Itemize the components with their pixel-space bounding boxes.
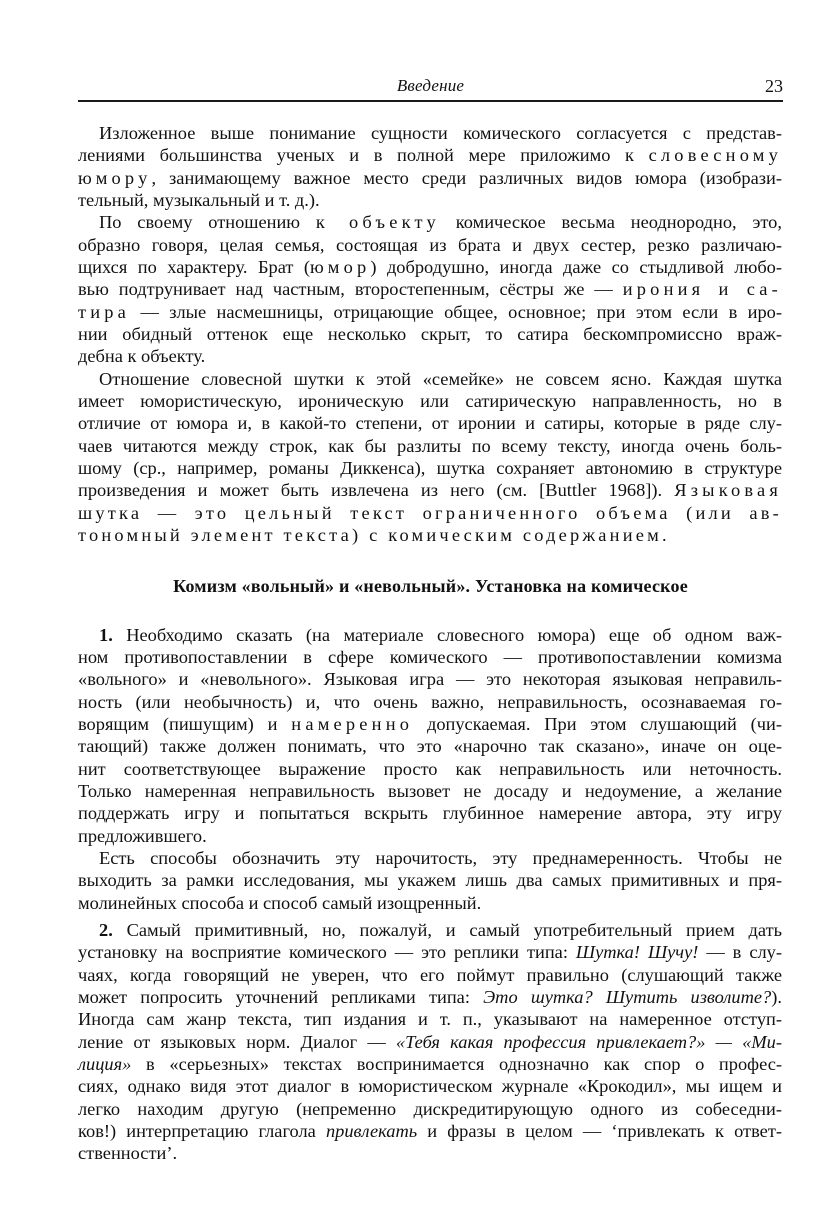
text-line: имеет юмористическую, ироническую или са… bbox=[78, 390, 782, 412]
text-line: «вольного» и «невольного». Языковая игра… bbox=[78, 668, 782, 690]
running-head: Введение 23 bbox=[78, 74, 783, 98]
spaced-term: тира bbox=[78, 302, 130, 322]
point-number: 1. bbox=[99, 625, 113, 645]
italic-example: привлекать bbox=[326, 1121, 417, 1141]
spaced-term: словесному bbox=[649, 145, 782, 165]
text-run: По своему отношению bbox=[99, 212, 300, 232]
text-line: дебна к объекту. bbox=[78, 345, 782, 367]
text-line: может попросить уточнений репликами типа… bbox=[78, 986, 782, 1008]
text-line: По своему отношению к объекту комическое… bbox=[99, 211, 782, 233]
point-number: 2. bbox=[99, 920, 113, 940]
text-run: произведения и может быть извлечена из н… bbox=[78, 480, 662, 500]
text-run: комическое весьма неоднородно, это, bbox=[456, 212, 782, 232]
page-number: 23 bbox=[765, 76, 783, 97]
text-line: Отношение словесной шутки к этой «семейк… bbox=[99, 368, 782, 390]
header-rule bbox=[78, 100, 783, 102]
text-line: поддержать игру и попытаться вскрыть глу… bbox=[78, 802, 782, 824]
text-line: сиях, однако видя этот диалог в юмористи… bbox=[78, 1075, 782, 1097]
text-line: установку на восприятие комического — эт… bbox=[78, 941, 782, 963]
text-line: Иногда сам жанр текста, тип издания и т.… bbox=[78, 1008, 782, 1030]
text-line: ность (или необычность) и, что очень важ… bbox=[78, 691, 782, 713]
text-run: ) добродушно, иногда даже со стыдливой л… bbox=[370, 257, 782, 277]
text-line: вью подтрунивает над частным, второстепе… bbox=[78, 278, 782, 300]
text-run: ков!) интерпретацию глагола bbox=[78, 1121, 316, 1141]
italic-example: лиция» bbox=[78, 1054, 131, 1074]
italic-example: «Тебя какая профессия привлекает?» — «Ми… bbox=[396, 1032, 782, 1052]
text-run: ). bbox=[771, 987, 782, 1007]
running-title: Введение bbox=[78, 76, 783, 96]
text-run: — в слу- bbox=[706, 942, 782, 962]
text-line: легко находим другую (непременно дискред… bbox=[78, 1098, 782, 1120]
text-run: Необходимо сказать (на материале словесн… bbox=[126, 625, 782, 645]
text-line: ворящим (пишущим) и намеренно допускаема… bbox=[78, 713, 782, 735]
text-run: ление от языковых норм. Диалог — bbox=[78, 1032, 386, 1052]
text-run: может попросить уточнений репликами типа… bbox=[78, 987, 470, 1007]
text-line: выходить за рамки исследования, мы укаже… bbox=[78, 869, 782, 891]
text-line: молинейных способа и способ самый изощре… bbox=[78, 892, 782, 914]
text-line: чаев читаются между строк, как бы разлит… bbox=[78, 435, 782, 457]
text-line: лениями большинства ученых и в полной ме… bbox=[78, 144, 782, 166]
text-run: Самый примитивный, но, пожалуй, и самый … bbox=[127, 920, 782, 940]
text-run: ворящим (пишущим) и bbox=[78, 714, 277, 734]
text-run: и фразы в целом — ‘привлекать к ответ- bbox=[427, 1121, 782, 1141]
text-line: тельный, музыкальный и т. д.). bbox=[78, 189, 782, 211]
text-line: 2. Самый примитивный, но, пожалуй, и сам… bbox=[99, 919, 782, 941]
text-line: нии обидный оттенок еще несколько скрыт,… bbox=[78, 323, 782, 345]
text-line: шому (ср., например, романы Диккенса), ш… bbox=[78, 457, 782, 479]
spaced-term: намеренно bbox=[291, 714, 413, 734]
text-line: произведения и может быть извлечена из н… bbox=[78, 479, 782, 501]
text-run: щихся по характеру. Брат ( bbox=[78, 257, 310, 277]
spaced-term: ирония и са- bbox=[623, 279, 782, 299]
spaced-term: юмор bbox=[310, 257, 370, 277]
text-line: щихся по характеру. Брат (юмор) добродуш… bbox=[78, 256, 782, 278]
text-line: нит соответствующее выражение просто как… bbox=[78, 758, 782, 780]
text-run: — злые насмешницы, отрицающие общее, осн… bbox=[140, 302, 782, 322]
text-line: ном противопоставлении в сфере комическо… bbox=[78, 646, 782, 668]
text-line: ственности’. bbox=[78, 1142, 782, 1164]
text-line: юмору, занимающему важное место среди ра… bbox=[78, 167, 782, 189]
italic-example: Шутка! Шучу! bbox=[576, 942, 698, 962]
text-line: образно говоря, целая семья, состоящая и… bbox=[78, 234, 782, 256]
italic-example: Это шутка? Шутить изволите? bbox=[483, 987, 771, 1007]
text-line: Изложенное выше понимание сущности комич… bbox=[99, 122, 782, 144]
text-line: тающий) также должен понимать, что это «… bbox=[78, 735, 782, 757]
text-run: установку на восприятие комического — эт… bbox=[78, 942, 568, 962]
text-line: Только намеренная неправильность вызовет… bbox=[78, 780, 782, 802]
text-run: в «серьезных» текстах воспринимается одн… bbox=[146, 1054, 782, 1074]
spaced-definition-line: шутка — это цельный текст ограниченного … bbox=[78, 502, 782, 524]
text-line: лиция» в «серьезных» текстах воспринимае… bbox=[78, 1053, 782, 1075]
text-line: 1. Необходимо сказать (на материале слов… bbox=[99, 624, 782, 646]
text-run: лениями большинства ученых и в полной ме… bbox=[78, 145, 634, 165]
text-run: , занимающему важное место среди различн… bbox=[151, 168, 782, 188]
spaced-term: Языковая bbox=[674, 480, 782, 500]
spaced-term: к объекту bbox=[316, 212, 440, 232]
text-line: Есть способы обозначить эту нарочитость,… bbox=[99, 847, 782, 869]
text-run: вью подтрунивает над частным, второстепе… bbox=[78, 279, 613, 299]
text-line: ление от языковых норм. Диалог — «Тебя к… bbox=[78, 1031, 782, 1053]
section-heading: Комизм «вольный» и «невольный». Установк… bbox=[78, 576, 783, 597]
text-line: чаях, когда говорящий не уверен, что его… bbox=[78, 964, 782, 986]
text-line: ков!) интерпретацию глагола привлекать и… bbox=[78, 1120, 782, 1142]
text-line: отличие от юмора и, в какой-то степени, … bbox=[78, 412, 782, 434]
spaced-term: юмору bbox=[78, 168, 151, 188]
text-line: предложившего. bbox=[78, 825, 782, 847]
text-run: допускаемая. При этом слушающий (чи- bbox=[427, 714, 782, 734]
text-line: тира — злые насмешницы, отрицающие общее… bbox=[78, 301, 782, 323]
spaced-definition-line: тономный элемент текста) с комическим со… bbox=[78, 524, 782, 546]
